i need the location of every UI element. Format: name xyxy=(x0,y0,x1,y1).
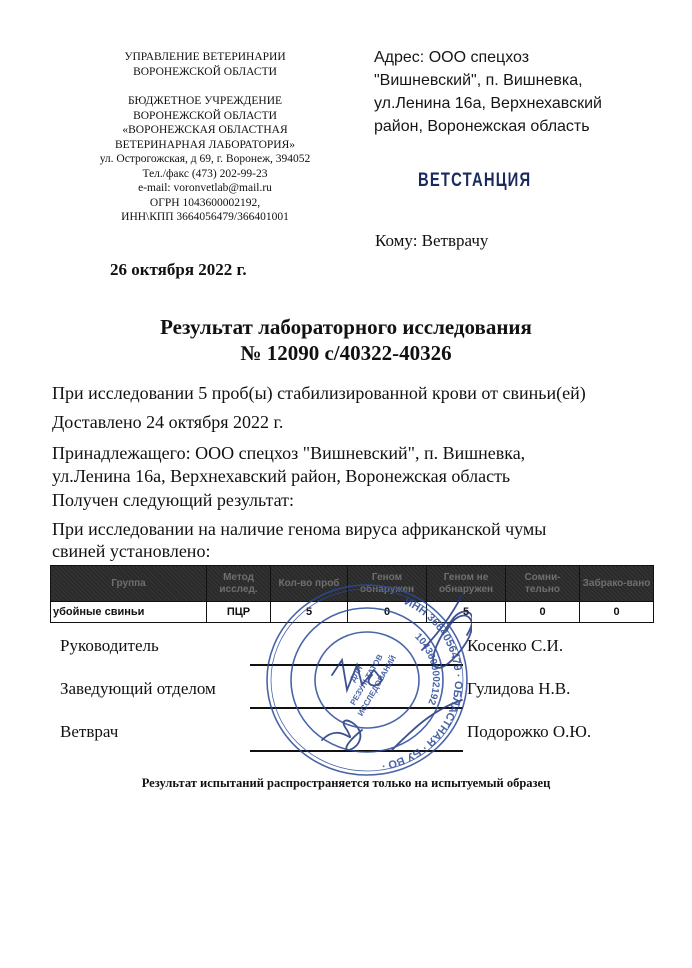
address-line: "Вишневский", п. Вишневка, xyxy=(374,69,664,92)
finding-line2: свиней установлено: xyxy=(52,540,672,563)
col-header-rejected: Забрако-вано xyxy=(580,566,654,602)
recipient-address: Адрес: ООО спецхоз "Вишневский", п. Вишн… xyxy=(374,46,664,138)
address-line: ул.Ленина 16а, Верхнехавский xyxy=(374,92,664,115)
signature-line xyxy=(250,664,463,666)
cell-doubtful: 0 xyxy=(506,602,580,623)
disclaimer-footer: Результат испытаний распространяется тол… xyxy=(0,776,692,791)
letterhead: УПРАВЛЕНИЕ ВЕТЕРИНАРИИ ВОРОНЕЖСКОЙ ОБЛАС… xyxy=(70,50,340,225)
col-header-sample-count: Кол-во проб xyxy=(271,566,348,602)
svg-text:РЕЗУЛЬТАТОВ: РЕЗУЛЬТАТОВ xyxy=(348,653,384,707)
signature-name-dept-head: Гулидова Н.В. xyxy=(467,679,570,699)
cell-rejected: 0 xyxy=(580,602,654,623)
document-date: 26 октября 2022 г. xyxy=(110,260,247,280)
col-header-doubtful: Сомни-тельно xyxy=(506,566,580,602)
document-title: Результат лабораторного исследования № 1… xyxy=(0,314,692,366)
address-line: район, Воронежская область xyxy=(374,115,664,138)
org-email: e-mail: voronvetlab@mail.ru xyxy=(70,181,340,196)
delivery-date: Доставлено 24 октября 2022 г. xyxy=(52,411,672,434)
cell-genome-detected: 0 xyxy=(348,602,427,623)
signature-line xyxy=(250,707,463,709)
org-name-line2: ВОРОНЕЖСКОЙ ОБЛАСТИ xyxy=(70,109,340,124)
address-line: Адрес: ООО спецхоз xyxy=(374,46,664,69)
vet-station-stamp: ВЕТСТАНЦИЯ xyxy=(418,170,531,192)
result-intro: Получен следующий результат: xyxy=(52,489,672,512)
dept-name-line2: ВОРОНЕЖСКОЙ ОБЛАСТИ xyxy=(70,65,340,80)
cell-sample-count: 5 xyxy=(271,602,348,623)
cell-group: убойные свиньи xyxy=(51,602,207,623)
owner-line1: Принадлежащего: ООО спецхоз "Вишневский"… xyxy=(52,442,672,465)
cell-method: ПЦР xyxy=(207,602,271,623)
org-name-line1: БЮДЖЕТНОЕ УЧРЕЖДЕНИЕ xyxy=(70,94,340,109)
org-name-line4: ВЕТЕРИНАРНАЯ ЛАБОРАТОРИЯ» xyxy=(70,138,340,153)
results-table: Группа Метод исслед. Кол-во проб Геном о… xyxy=(50,565,654,623)
dept-name-line1: УПРАВЛЕНИЕ ВЕТЕРИНАРИИ xyxy=(70,50,340,65)
col-header-genome-detected: Геном обнаружен xyxy=(348,566,427,602)
col-header-method: Метод исслед. xyxy=(207,566,271,602)
table-row: убойные свиньи ПЦР 5 0 5 0 0 xyxy=(51,602,654,623)
signature-name-vet: Подорожко О.Ю. xyxy=(467,722,591,742)
title-line1: Результат лабораторного исследования xyxy=(0,314,692,340)
signature-role-dept-head: Заведующий отделом xyxy=(60,679,216,699)
col-header-group: Группа xyxy=(51,566,207,602)
study-description: При исследовании 5 проб(ы) стабилизирова… xyxy=(52,382,672,405)
svg-text:ДЛЯ: ДЛЯ xyxy=(348,664,364,683)
org-phone: Тел./факс (473) 202-99-23 xyxy=(70,167,340,182)
org-address: ул. Острогожская, д 69, г. Воронеж, 3940… xyxy=(70,152,340,167)
col-header-genome-not-detected: Геном не обнаружен xyxy=(427,566,506,602)
signature-name-head: Косенко С.И. xyxy=(467,636,563,656)
title-number: № 12090 с/40322-40326 xyxy=(0,340,692,366)
signature-role-head: Руководитель xyxy=(60,636,159,656)
svg-text:1043600002192: 1043600002192 xyxy=(412,631,441,706)
org-name-line3: «ВОРОНЕЖСКАЯ ОБЛАСТНАЯ xyxy=(70,123,340,138)
cell-genome-not-detected: 5 xyxy=(427,602,506,623)
owner-line2: ул.Ленина 16а, Верхнехавский район, Воро… xyxy=(52,465,672,488)
signature-line xyxy=(250,750,463,752)
org-inn-kpp: ИНН\КПП 3664056479/366401001 xyxy=(70,210,340,225)
finding-line1: При исследовании на наличие генома вирус… xyxy=(52,518,672,541)
recipient-to: Кому: Ветврачу xyxy=(375,231,488,251)
org-ogrn: ОГРН 1043600002192, xyxy=(70,196,340,211)
table-header-row: Группа Метод исслед. Кол-во проб Геном о… xyxy=(51,566,654,602)
signature-role-vet: Ветврач xyxy=(60,722,118,742)
